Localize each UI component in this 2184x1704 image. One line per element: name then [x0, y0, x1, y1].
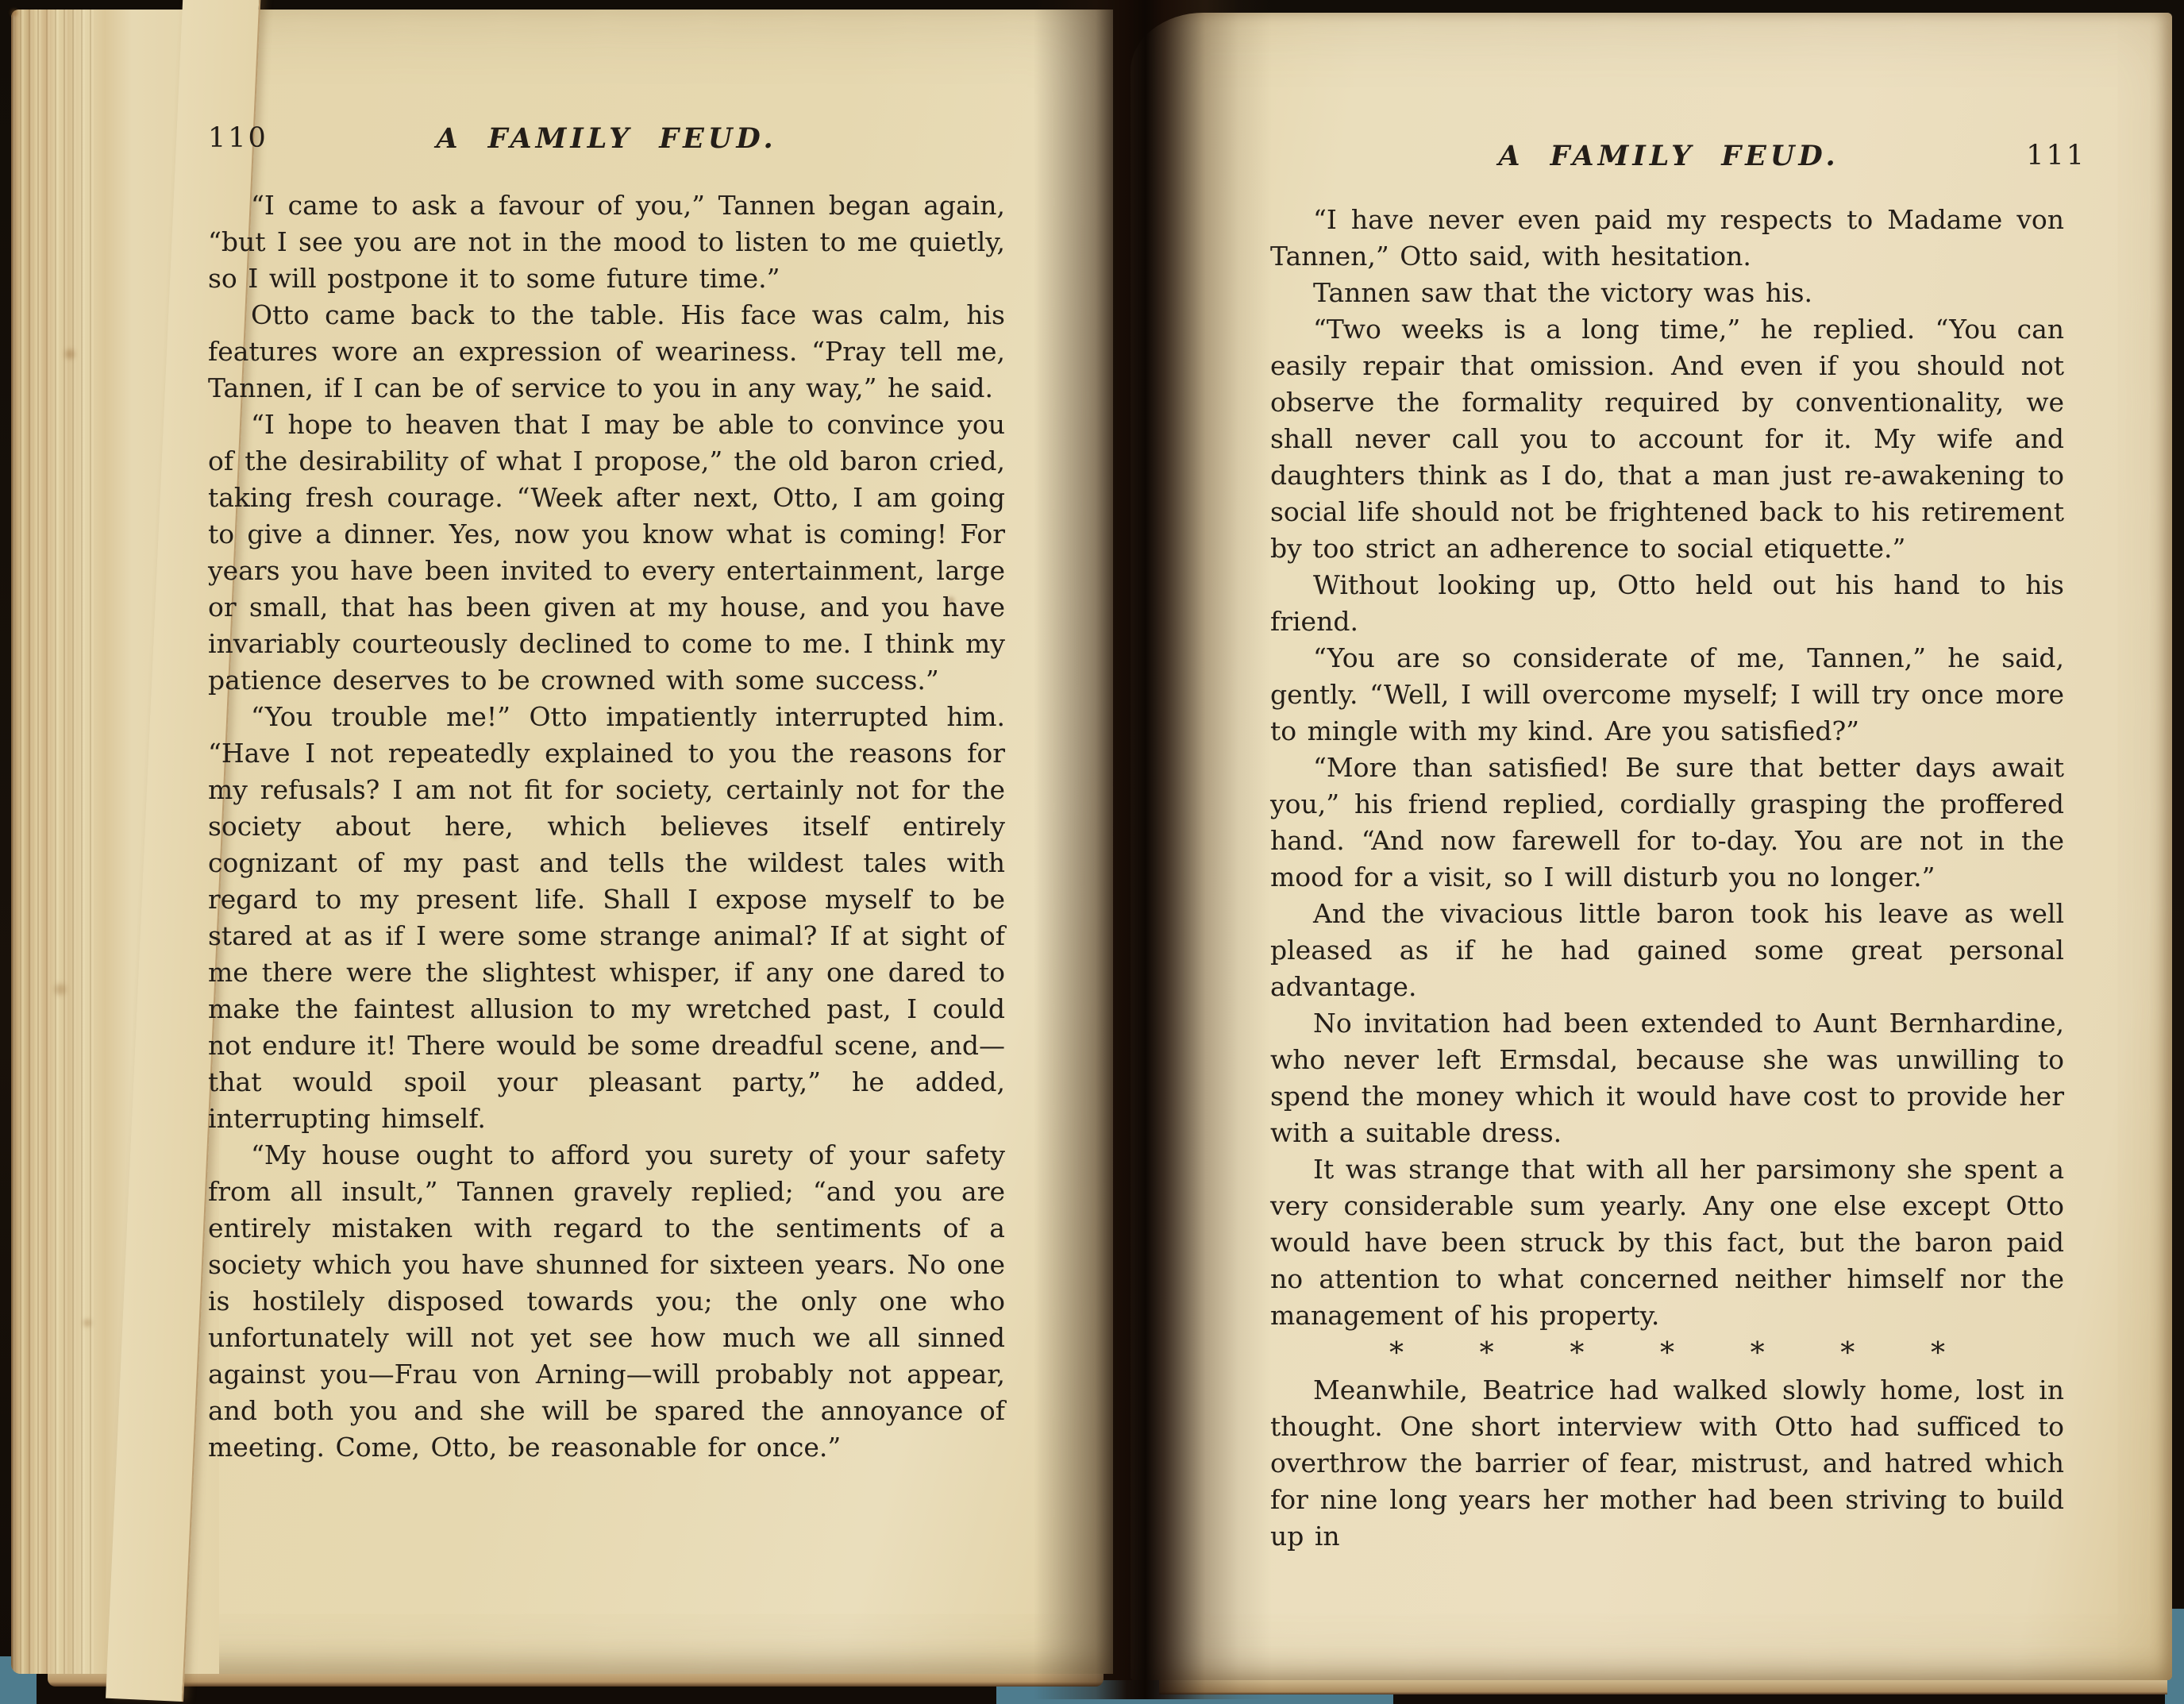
asterisk: * — [1389, 1336, 1404, 1372]
paragraph: Without looking up, Otto held out his ha… — [1270, 567, 2064, 640]
right-page-header: A FAMILY FEUD. 111 — [1270, 140, 2067, 179]
asterisk: * — [1660, 1336, 1674, 1372]
left-page-text: “I came to ask a favour of you,” Tannen … — [208, 187, 1005, 1466]
asterisk: * — [1840, 1336, 1855, 1372]
right-page-text-upper: “I have never even paid my respects to M… — [1270, 202, 2064, 1334]
paragraph: No invitation had been extended to Aunt … — [1270, 1005, 2064, 1151]
right-page-text: “I have never even paid my respects to M… — [1270, 202, 2064, 1555]
asterisk: * — [1931, 1336, 1945, 1372]
asterisk: * — [1570, 1336, 1584, 1372]
left-page-header: 110 A FAMILY FEUD. — [208, 122, 1005, 162]
right-page-text-lower: Meanwhile, Beatrice had walked slowly ho… — [1270, 1372, 2064, 1555]
paragraph: Tannen saw that the victory was his. — [1270, 275, 2064, 311]
right-page-number: 111 — [2026, 140, 2086, 172]
paragraph: And the vivacious little baron took his … — [1270, 896, 2064, 1005]
section-break: ******* — [1389, 1336, 1945, 1372]
paragraph: It was strange that with all her parsimo… — [1270, 1151, 2064, 1334]
asterisk: * — [1480, 1336, 1494, 1372]
paragraph: Otto came back to the table. His face wa… — [208, 297, 1005, 407]
paragraph: “You trouble me!” Otto impatiently inter… — [208, 699, 1005, 1137]
paragraph: “I hope to heaven that I may be able to … — [208, 407, 1005, 699]
right-page: A FAMILY FEUD. 111 “I have never even pa… — [1131, 13, 2172, 1680]
paragraph: Meanwhile, Beatrice had walked slowly ho… — [1270, 1372, 2064, 1555]
left-page: 110 A FAMILY FEUD. “I came to ask a favo… — [11, 10, 1113, 1674]
paragraph: “I came to ask a favour of you,” Tannen … — [208, 187, 1005, 297]
left-running-header: A FAMILY FEUD. — [208, 122, 1005, 155]
paragraph: “Two weeks is a long time,” he replied. … — [1270, 311, 2064, 567]
asterisk: * — [1751, 1336, 1765, 1372]
paragraph: “More than satisfied! Be sure that bette… — [1270, 750, 2064, 896]
foxing-spots — [11, 10, 17, 16]
paragraph: “I have never even paid my respects to M… — [1270, 202, 2064, 275]
paragraph: “My house ought to afford you surety of … — [208, 1137, 1005, 1466]
paragraph: “You are so considerate of me, Tannen,” … — [1270, 640, 2064, 750]
book-scan: 110 A FAMILY FEUD. “I came to ask a favo… — [0, 0, 2184, 1704]
right-running-header: A FAMILY FEUD. — [1270, 140, 2067, 172]
